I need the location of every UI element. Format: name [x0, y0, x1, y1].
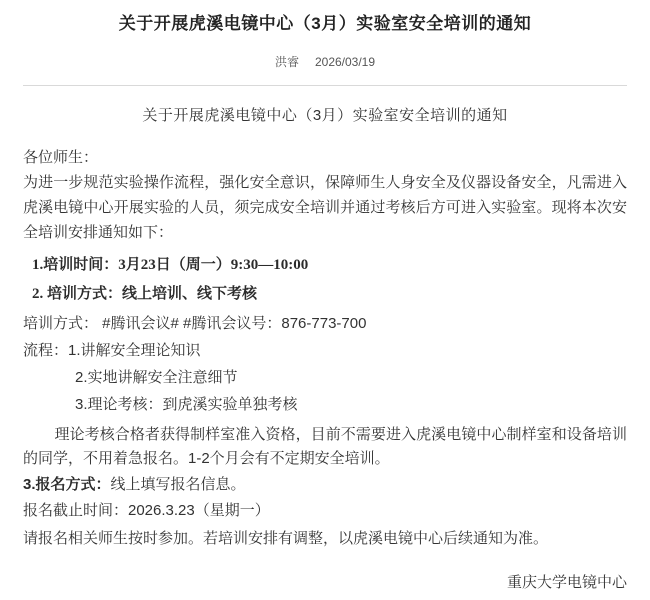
intro-paragraph: 为进一步规范实验操作流程，强化安全意识，保障师生人身安全及仪器设备安全，凡需进入…: [23, 170, 627, 245]
signup-method-label: 3.报名方式: [23, 476, 96, 493]
salutation: 各位师生：: [23, 145, 627, 170]
process-step-3: 3.理论考核：到虎溪实验单独考核: [23, 396, 627, 414]
process-step-2: 2.实地讲解安全注意细节: [23, 369, 627, 387]
process-line: 流程：1.讲解安全理论知识: [23, 342, 627, 360]
meeting-info-line: 培训方式： #腾讯会议# #腾讯会议号：876-773-700: [23, 315, 627, 333]
training-method-item: 2. 培训方式：线上培训、线下考核: [23, 285, 627, 303]
signup-line: 3.报名方式：线上填写报名信息。: [23, 476, 627, 494]
training-time-item: 1.培训时间：3月23日（周一）9:30—10:00: [23, 256, 627, 274]
header-divider: [23, 85, 627, 86]
signup-method-separator: ：: [96, 476, 111, 493]
document-title: 关于开展虎溪电镜中心（3月）实验室安全培训的通知: [23, 103, 627, 128]
signup-method-text: 线上填写报名信息。: [111, 476, 246, 493]
page-title: 关于开展虎溪电镜中心（3月）实验室安全培训的通知: [23, 12, 627, 36]
process-step-1: 1.讲解安全理论知识: [68, 342, 201, 359]
closing-line: 请报名相关师生按时参加。若培训安排有调整，以虎溪电镜中心后续通知为准。: [23, 530, 627, 548]
signature: 重庆大学电镜中心: [23, 574, 627, 592]
process-label: 流程：: [23, 342, 68, 359]
byline: 洪睿2026/03/19: [23, 54, 627, 70]
notice-page: 关于开展虎溪电镜中心（3月）实验室安全培训的通知 洪睿2026/03/19 关于…: [0, 0, 650, 600]
note-paragraph: 理论考核合格者获得制样室准入资格，目前不需要进入虎溪电镜中心制样室和设备培训的同…: [23, 423, 627, 471]
byline-date: 2026/03/19: [315, 55, 375, 69]
notice-body: 关于开展虎溪电镜中心（3月）实验室安全培训的通知 各位师生： 为进一步规范实验操…: [23, 103, 627, 592]
deadline-line: 报名截止时间：2026.3.23（星期一）: [23, 502, 627, 520]
byline-author: 洪睿: [275, 55, 299, 69]
